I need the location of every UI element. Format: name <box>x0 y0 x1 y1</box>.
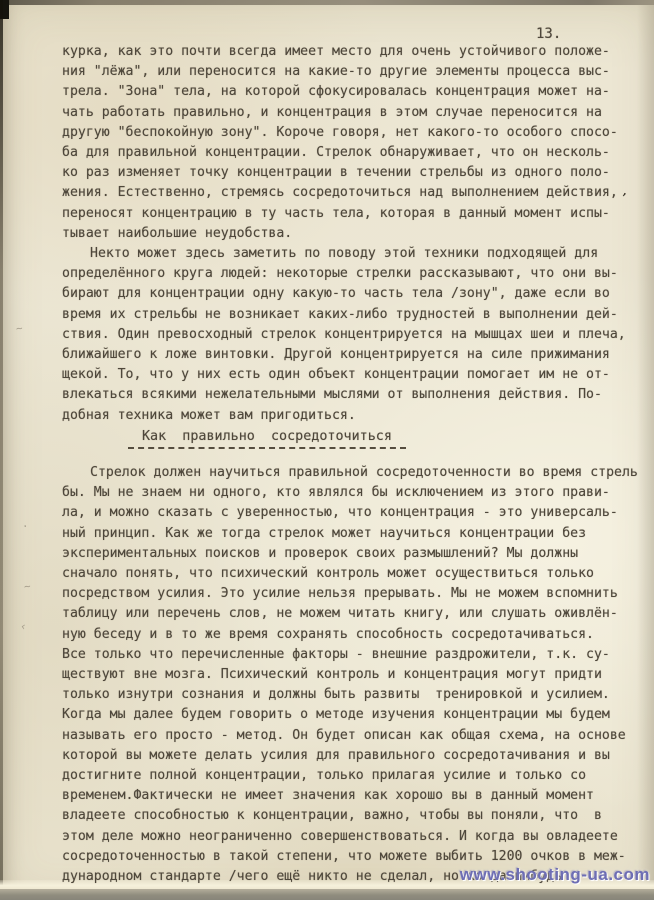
scan-edge-bottom-dark <box>0 889 654 900</box>
section-heading: Как правильно сосредоточиться <box>128 429 406 449</box>
scanned-document-page: 13. курка, как это почти всегда имеет ме… <box>0 0 654 900</box>
pencil-mark: ~ <box>15 322 23 336</box>
page-number: 13. <box>536 26 561 42</box>
body-paragraph-1: курка, как это почти всегда имеет место … <box>62 42 654 244</box>
pencil-mark: ~ <box>23 580 31 594</box>
body-paragraph-2: Некто может здесь заметить по поводу это… <box>62 244 654 426</box>
body-paragraph-3: Стрелок должен научиться правильной соср… <box>62 463 654 887</box>
pencil-mark: · <box>21 520 29 534</box>
pencil-mark: ‹ <box>19 620 28 634</box>
scan-edge-top <box>0 0 654 5</box>
watermark-url: www.shooting-ua.com <box>460 865 650 885</box>
scan-edge-left <box>0 0 3 900</box>
